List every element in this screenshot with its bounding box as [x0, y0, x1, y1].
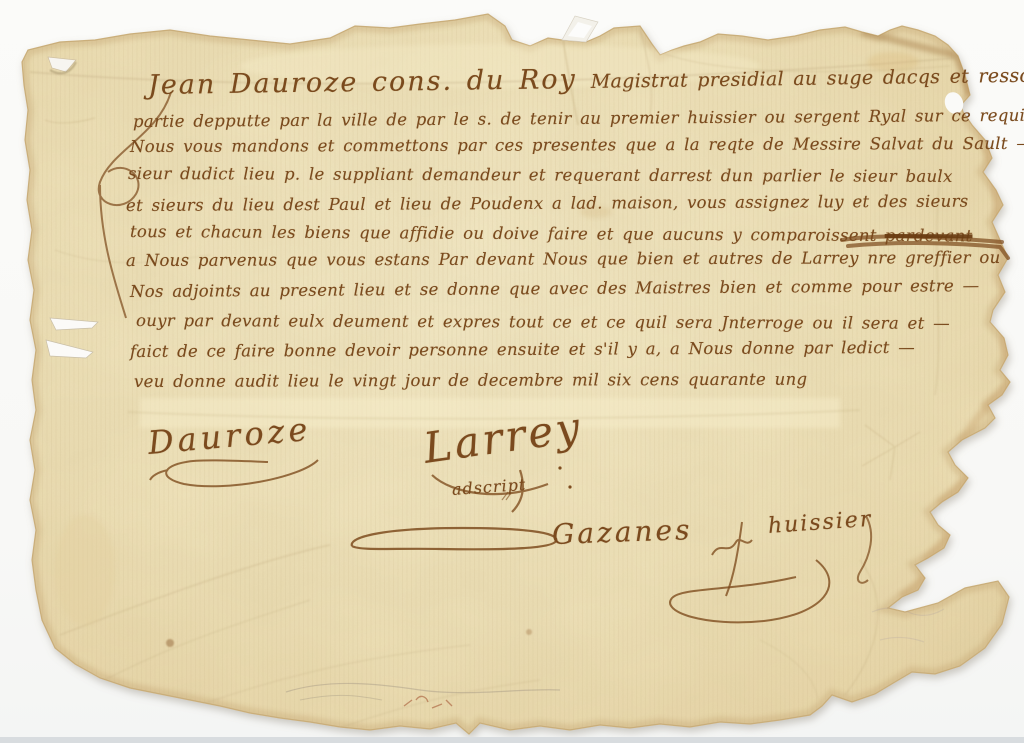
signature-gazanes: Gazanes	[551, 513, 693, 551]
scanner-edge-strip	[0, 737, 1024, 743]
manuscript-line-11: veu donne audit lieu le vingt jour de de…	[134, 370, 807, 391]
manuscript-line-3: Nous vous mandons et commettons par ces …	[130, 134, 1024, 156]
scanned-document: Jean Dauroze cons. du RoyMagistrat presi…	[0, 0, 1024, 743]
manuscript-line-7: a Nous parvenus que vous estans Par deva…	[126, 248, 1001, 270]
manuscript-line-4: sieur dudict lieu p. le suppliant demand…	[128, 164, 953, 186]
manuscript-line-9: ouyr par devant eulx deument et expres t…	[136, 311, 950, 333]
